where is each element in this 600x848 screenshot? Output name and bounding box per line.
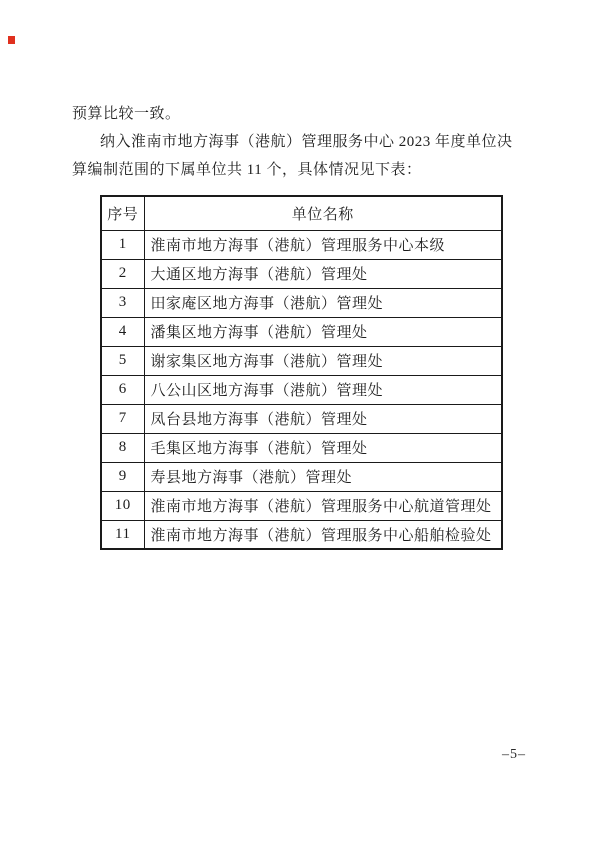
header-cell-序号: 序号 — [101, 196, 144, 230]
row-number-cell: 2 — [101, 259, 144, 288]
page-number: –5– — [502, 747, 526, 763]
unit-name-cell: 淮南市地方海事（港航）管理服务中心本级 — [144, 230, 502, 259]
table-row: 6 八公山区地方海事（港航）管理处 — [101, 375, 502, 404]
table-row: 7 凤台县地方海事（港航）管理处 — [101, 404, 502, 433]
unit-name-cell: 八公山区地方海事（港航）管理处 — [144, 375, 502, 404]
table-row: 2 大通区地方海事（港航）管理处 — [101, 259, 502, 288]
row-number-cell: 7 — [101, 404, 144, 433]
table-header-row: 序号 单位名称 — [101, 196, 502, 230]
unit-name-cell: 寿县地方海事（港航）管理处 — [144, 462, 502, 491]
table-row: 3 田家庵区地方海事（港航）管理处 — [101, 288, 502, 317]
header-cell-单位名称: 单位名称 — [144, 196, 502, 230]
row-number-cell: 8 — [101, 433, 144, 462]
red-marker — [8, 36, 15, 44]
row-number-cell: 4 — [101, 317, 144, 346]
unit-name-cell: 淮南市地方海事（港航）管理服务中心船舶检验处 — [144, 520, 502, 549]
document-page: 预算比较一致。 纳入淮南市地方海事（港航）管理服务中心 2023 年度单位决 算… — [0, 0, 600, 848]
unit-name-cell: 淮南市地方海事（港航）管理服务中心航道管理处 — [144, 491, 502, 520]
row-number-cell: 3 — [101, 288, 144, 317]
unit-name-cell: 凤台县地方海事（港航）管理处 — [144, 404, 502, 433]
table-row: 8 毛集区地方海事（港航）管理处 — [101, 433, 502, 462]
row-number-cell: 5 — [101, 346, 144, 375]
row-number-cell: 10 — [101, 491, 144, 520]
table-row: 5 谢家集区地方海事（港航）管理处 — [101, 346, 502, 375]
unit-name-cell: 谢家集区地方海事（港航）管理处 — [144, 346, 502, 375]
table-row: 11 淮南市地方海事（港航）管理服务中心船舶检验处 — [101, 520, 502, 549]
table-row: 9 寿县地方海事（港航）管理处 — [101, 462, 502, 491]
body-paragraphs: 预算比较一致。 纳入淮南市地方海事（港航）管理服务中心 2023 年度单位决 算… — [72, 100, 538, 184]
table-body: 1 淮南市地方海事（港航）管理服务中心本级 2 大通区地方海事（港航）管理处 3… — [101, 230, 502, 549]
paragraph-line: 算编制范围的下属单位共 11 个，具体情况见下表： — [72, 156, 538, 184]
unit-name-cell: 毛集区地方海事（港航）管理处 — [144, 433, 502, 462]
paragraph-line: 预算比较一致。 — [72, 100, 538, 128]
unit-name-cell: 大通区地方海事（港航）管理处 — [144, 259, 502, 288]
paragraph-line: 纳入淮南市地方海事（港航）管理服务中心 2023 年度单位决 — [72, 128, 538, 156]
subordinate-units-table: 序号 单位名称 1 淮南市地方海事（港航）管理服务中心本级 2 大通区地方海事（… — [100, 195, 503, 550]
unit-name-cell: 潘集区地方海事（港航）管理处 — [144, 317, 502, 346]
unit-name-cell: 田家庵区地方海事（港航）管理处 — [144, 288, 502, 317]
row-number-cell: 9 — [101, 462, 144, 491]
table-row: 4 潘集区地方海事（港航）管理处 — [101, 317, 502, 346]
row-number-cell: 1 — [101, 230, 144, 259]
row-number-cell: 11 — [101, 520, 144, 549]
table-row: 10 淮南市地方海事（港航）管理服务中心航道管理处 — [101, 491, 502, 520]
table-row: 1 淮南市地方海事（港航）管理服务中心本级 — [101, 230, 502, 259]
row-number-cell: 6 — [101, 375, 144, 404]
